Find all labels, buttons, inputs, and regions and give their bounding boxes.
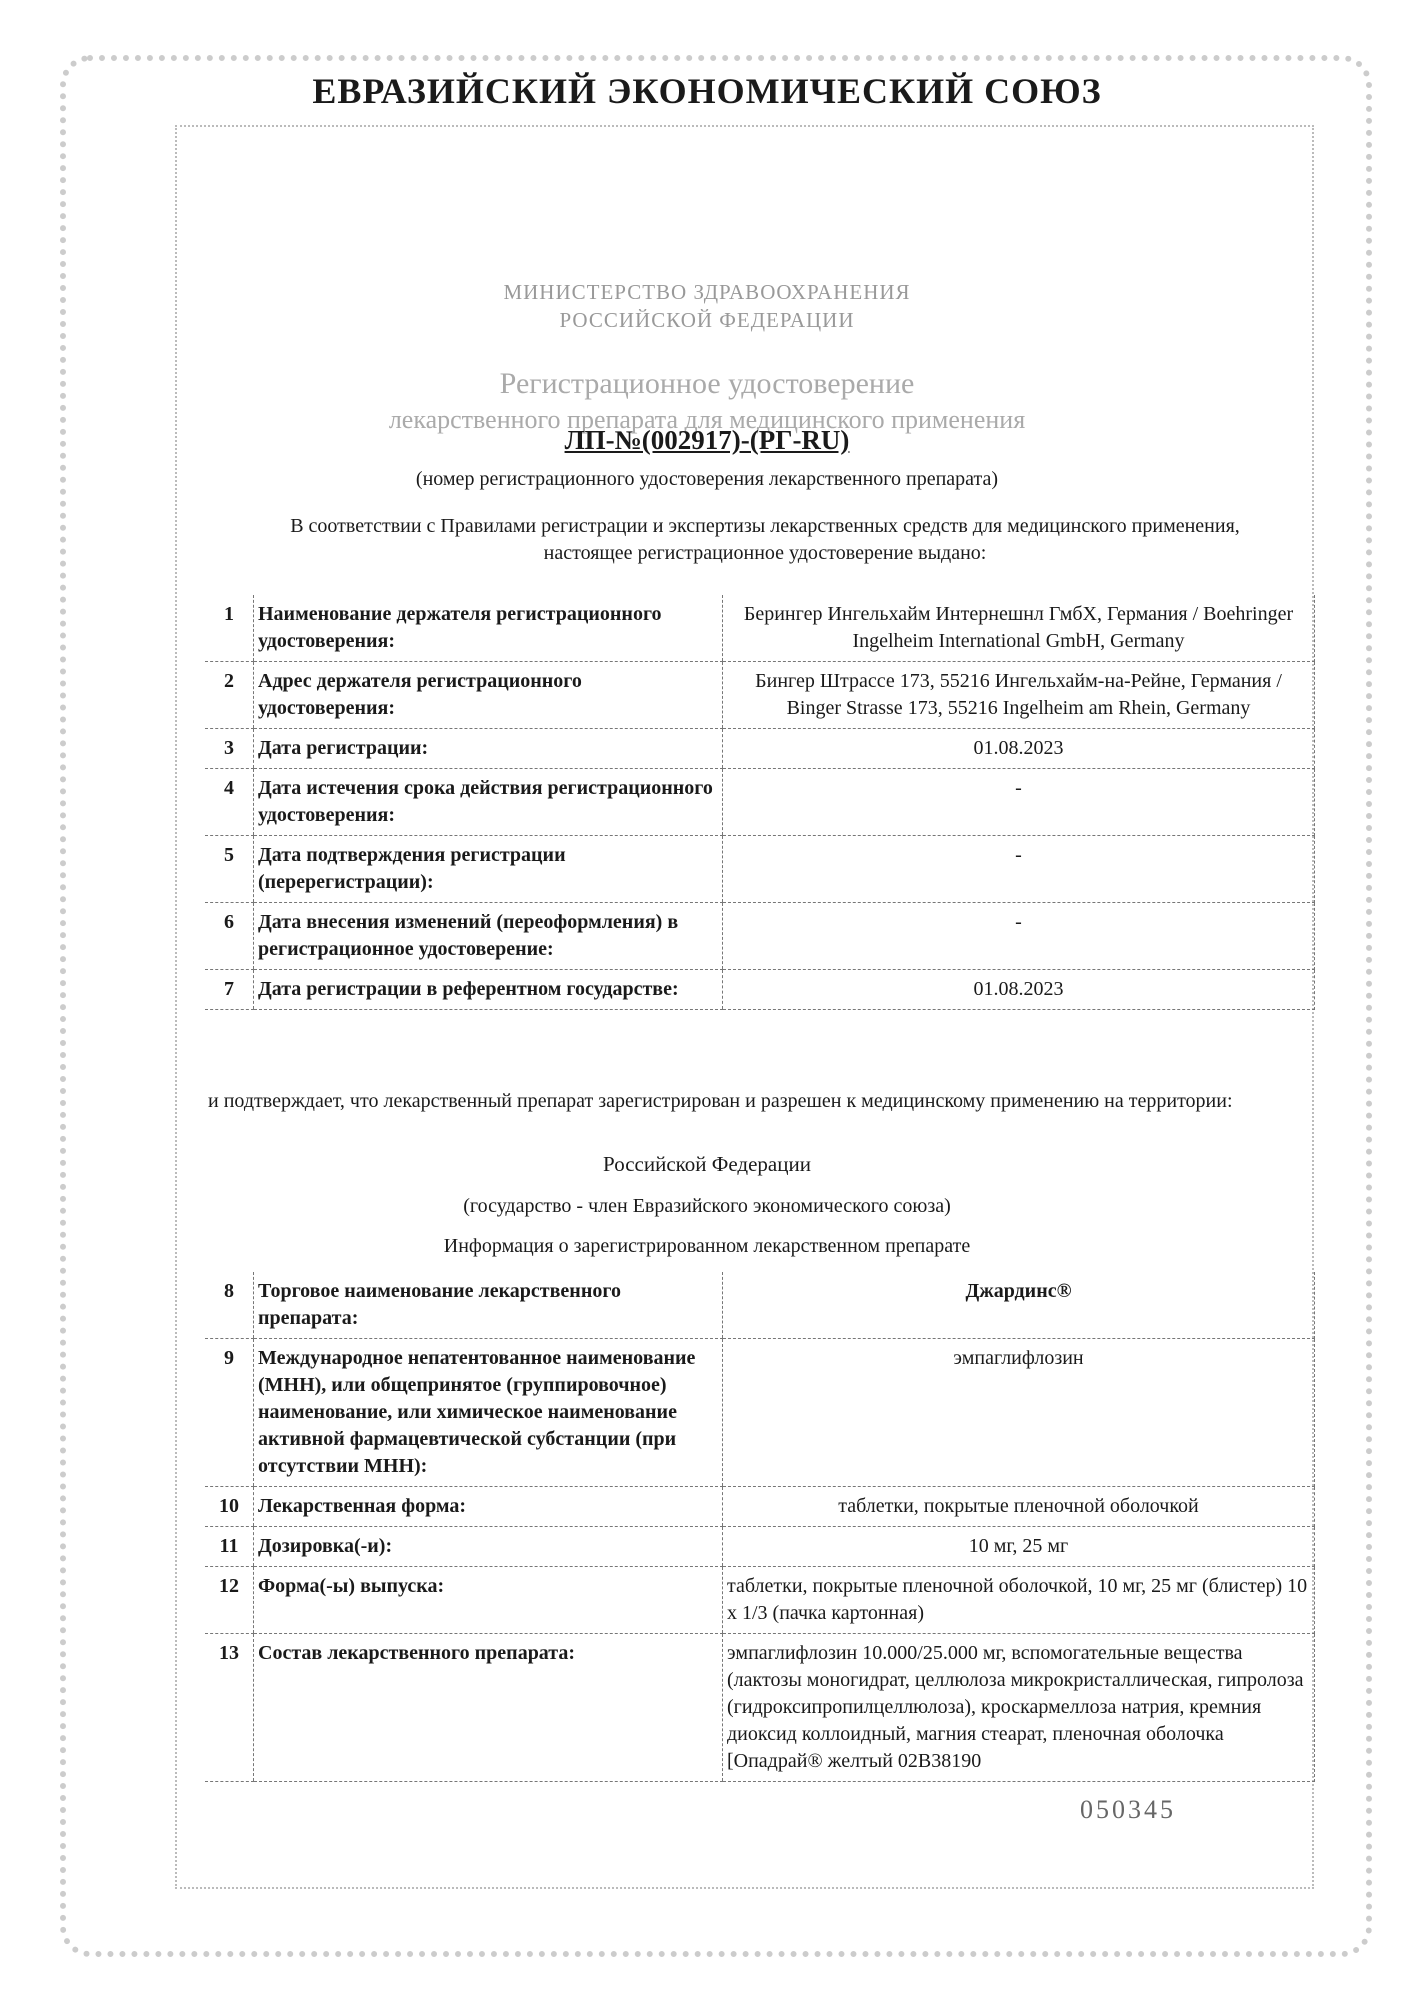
drug-info-title: Информация о зарегистрированном лекарств… (0, 1235, 1414, 1258)
row-label: Дата истечения срока действия регистраци… (254, 769, 723, 836)
table-row: 12Форма(-ы) выпуска:таблетки, покрытые п… (205, 1567, 1315, 1634)
union-title: ЕВРАЗИЙСКИЙ ЭКОНОМИЧЕСКИЙ СОЮЗ (0, 70, 1414, 112)
certificate-number-caption: (номер регистрационного удостоверения ле… (0, 468, 1414, 491)
row-number: 3 (205, 729, 254, 769)
row-number: 11 (205, 1527, 254, 1567)
certificate-title: Регистрационное удостоверение лекарствен… (0, 362, 1414, 434)
table-row: 10Лекарственная форма:таблетки, покрытые… (205, 1487, 1315, 1527)
certificate-title-line-1: Регистрационное удостоверение (0, 362, 1414, 406)
row-label: Дата внесения изменений (переоформления)… (254, 903, 723, 970)
form-serial-number: 050345 (1080, 1795, 1176, 1825)
row-value: 10 мг, 25 мг (723, 1527, 1315, 1567)
row-label: Торговое наименование лекарственного пре… (254, 1272, 723, 1339)
row-number: 7 (205, 970, 254, 1010)
table-row: 3Дата регистрации:01.08.2023 (205, 729, 1315, 769)
row-label: Состав лекарственного препарата: (254, 1634, 723, 1782)
table-row: 13Состав лекарственного препарата:эмпагл… (205, 1634, 1315, 1782)
table-row: 1Наименование держателя регистрационного… (205, 595, 1315, 662)
territory-caption: (государство - член Евразийского экономи… (0, 1195, 1414, 1218)
row-label: Дата подтверждения регистрации (перереги… (254, 836, 723, 903)
row-value: - (723, 769, 1315, 836)
row-value: 01.08.2023 (723, 970, 1315, 1010)
table-row: 5Дата подтверждения регистрации (перерег… (205, 836, 1315, 903)
drug-table: 8Торговое наименование лекарственного пр… (205, 1272, 1315, 1782)
ministry-line-2: РОССИЙСКОЙ ФЕДЕРАЦИИ (0, 306, 1414, 334)
intro-text: В соответствии с Правилами регистрации и… (250, 513, 1280, 567)
table-row: 11Дозировка(-и):10 мг, 25 мг (205, 1527, 1315, 1567)
row-value: Джардинс® (723, 1272, 1315, 1339)
row-label: Дата регистрации в референтном государст… (254, 970, 723, 1010)
row-label: Дозировка(-и): (254, 1527, 723, 1567)
row-value: таблетки, покрытые пленочной оболочкой, … (723, 1567, 1315, 1634)
row-value: Бингер Штрассе 173, 55216 Ингельхайм-на-… (723, 662, 1315, 729)
row-value: Берингер Ингельхайм Интернешнл ГмбХ, Гер… (723, 595, 1315, 662)
row-number: 13 (205, 1634, 254, 1782)
row-value: - (723, 903, 1315, 970)
table-row: 2Адрес держателя регистрационного удосто… (205, 662, 1315, 729)
row-number: 5 (205, 836, 254, 903)
row-number: 9 (205, 1339, 254, 1487)
row-label: Наименование держателя регистрационного … (254, 595, 723, 662)
ministry-line-1: МИНИСТЕРСТВО ЗДРАВООХРАНЕНИЯ (0, 278, 1414, 306)
table-row: 8Торговое наименование лекарственного пр… (205, 1272, 1315, 1339)
row-number: 2 (205, 662, 254, 729)
row-number: 12 (205, 1567, 254, 1634)
row-value: таблетки, покрытые пленочной оболочкой (723, 1487, 1315, 1527)
row-value: 01.08.2023 (723, 729, 1315, 769)
table-row: 7Дата регистрации в референтном государс… (205, 970, 1315, 1010)
row-number: 8 (205, 1272, 254, 1339)
table-row: 4Дата истечения срока действия регистрац… (205, 769, 1315, 836)
table-row: 9Международное непатентованное наименова… (205, 1339, 1315, 1487)
row-label: Форма(-ы) выпуска: (254, 1567, 723, 1634)
row-label: Международное непатентованное наименован… (254, 1339, 723, 1487)
ministry-name: МИНИСТЕРСТВО ЗДРАВООХРАНЕНИЯ РОССИЙСКОЙ … (0, 278, 1414, 334)
row-label: Лекарственная форма: (254, 1487, 723, 1527)
row-number: 10 (205, 1487, 254, 1527)
row-value: эмпаглифлозин 10.000/25.000 мг, вспомога… (723, 1634, 1315, 1782)
row-label: Дата регистрации: (254, 729, 723, 769)
table-row: 6Дата внесения изменений (переоформления… (205, 903, 1315, 970)
row-number: 6 (205, 903, 254, 970)
row-value: эмпаглифлозин (723, 1339, 1315, 1487)
row-number: 4 (205, 769, 254, 836)
row-number: 1 (205, 595, 254, 662)
row-value: - (723, 836, 1315, 903)
row-label: Адрес держателя регистрационного удостов… (254, 662, 723, 729)
confirmation-text: и подтверждает, что лекарственный препар… (208, 1088, 1298, 1115)
territory: Российской Федерации (0, 1152, 1414, 1177)
holder-table: 1Наименование держателя регистрационного… (205, 595, 1315, 1010)
certificate-number: ЛП-№(002917)-(РГ-RU) (0, 425, 1414, 456)
